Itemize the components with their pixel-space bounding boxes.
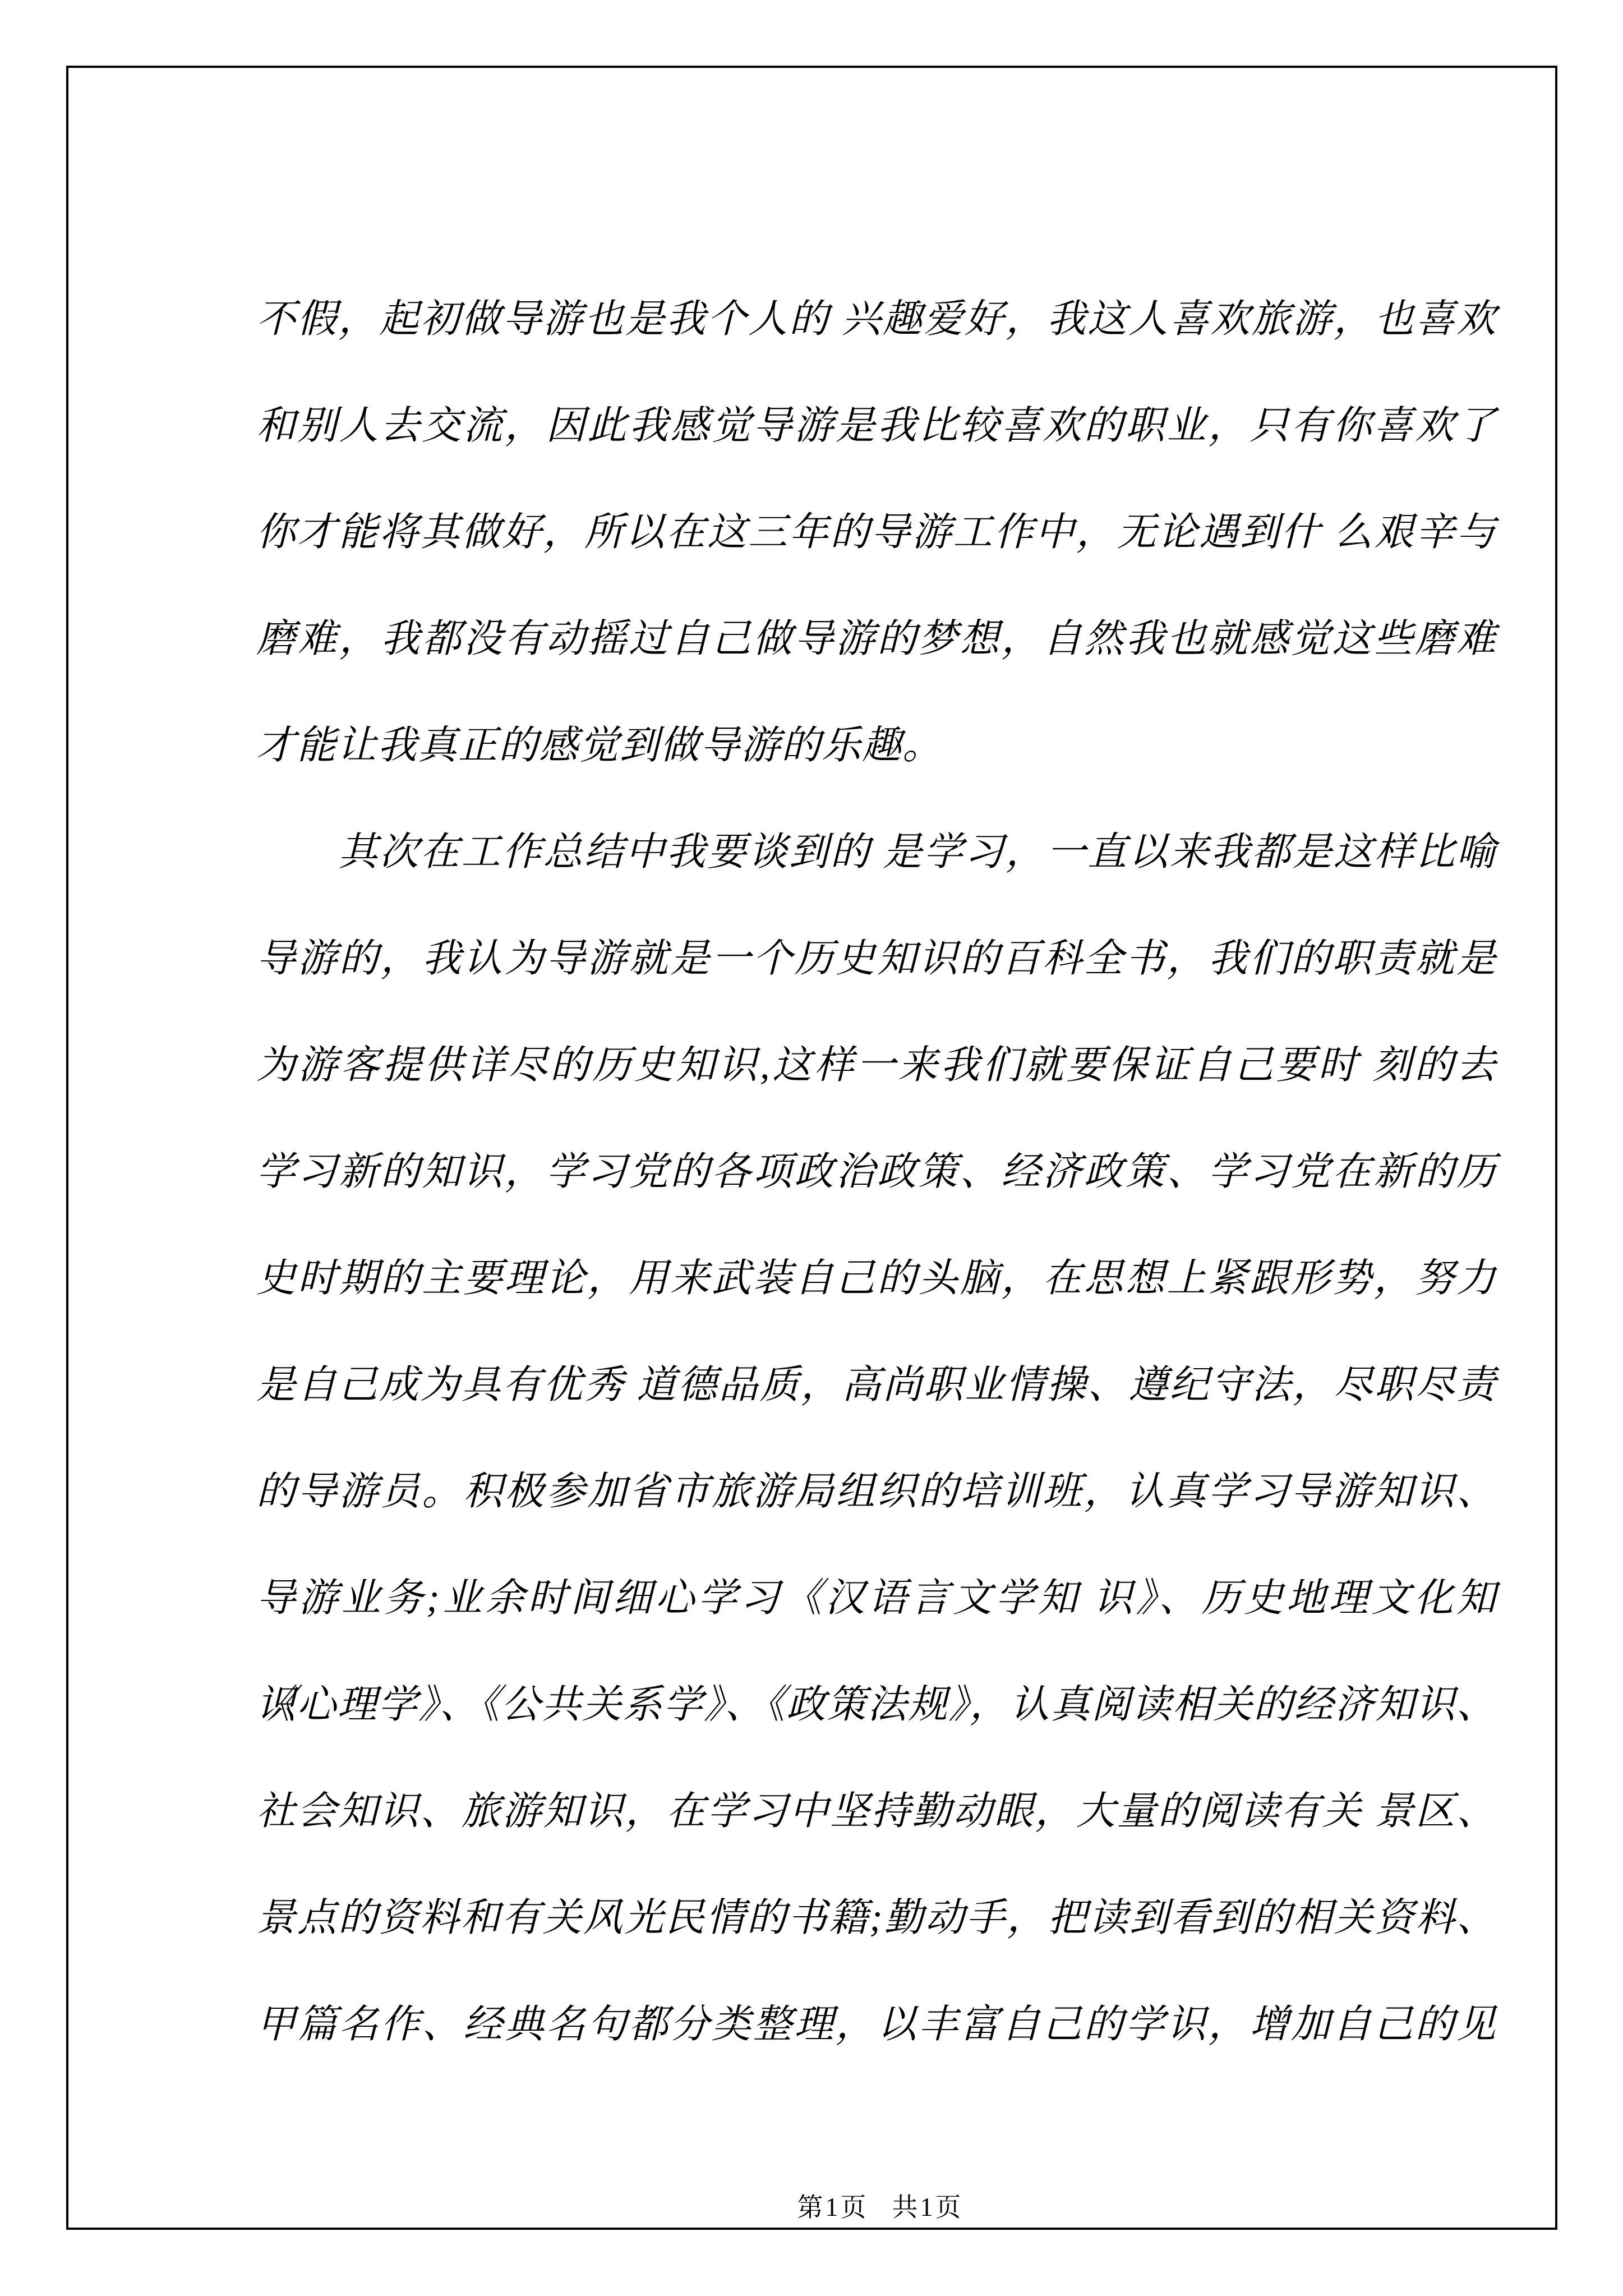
text-line: 导游业务;业余时间细心学习《汉语言文学知 识》、历史地理文化知识、 (256, 1545, 1497, 1652)
text-line: 磨难，我都没有动摇过自己做导游的梦想，自然我也就感觉这些磨难 (256, 586, 1497, 693)
text-line: 导游的，我认为导游就是一个历史知识的百科全书，我们的职责就是 (256, 906, 1497, 1013)
page-border: 不假，起初做导游也是我个人的 兴趣爱好，我这人喜欢旅游，也喜欢和别人去交流，因此… (66, 66, 1557, 2230)
text-line: 学习新的知识，学习党的各项政治政策、经济政策、学习党在新的历 (256, 1119, 1497, 1226)
text-line: 社会知识、旅游知识，在学习中坚持勤动眼，大量的阅读有关 景区、 (256, 1759, 1497, 1865)
document-body: 不假，起初做导游也是我个人的 兴趣爱好，我这人喜欢旅游，也喜欢和别人去交流，因此… (256, 266, 1497, 2078)
text-line: 甲篇名作、经典名句都分类整理，以丰富自己的学识，增加自己的见 (256, 1972, 1497, 2078)
text-line: 《心理学》、《公共关系学》、《政策法规》，认真阅读相关的经济知识、 (256, 1652, 1497, 1759)
text-line: 是自己成为具有优秀 道德品质，高尚职业情操、遵纪守法，尽职尽责 (256, 1332, 1497, 1439)
page-number-current: 第1页 (797, 2193, 869, 2221)
document-page: { "document": { "lines": [ {"text": "不假，… (0, 0, 1623, 2296)
text-line: 才能让我真正的感觉到做导游的乐趣。 (256, 693, 1497, 799)
text-line: 为游客提供详尽的历史知识,这样一来我们就要保证自己要时 刻的去 (256, 1013, 1497, 1119)
text-line: 的导游员。积极参加省市旅游局组织的培训班，认真学习导游知识、 (256, 1439, 1497, 1545)
text-line: 景点的资料和有关风光民情的书籍;勤动手，把读到看到的相关资料、 (256, 1865, 1497, 1972)
page-count-total: 共1页 (892, 2193, 963, 2221)
text-line: 你才能将其做好，所以在这三年的导游工作中，无论遇到什 么艰辛与 (256, 480, 1497, 586)
text-line: 不假，起初做导游也是我个人的 兴趣爱好，我这人喜欢旅游，也喜欢 (256, 266, 1497, 373)
text-line: 史时期的主要理论，用来武装自己的头脑，在思想上紧跟形势，努力 (256, 1226, 1497, 1332)
page-footer: 第1页共1页 (135, 2189, 1623, 2225)
text-line: 其次在工作总结中我要谈到的 是学习，一直以来我都是这样比喻 (256, 799, 1497, 906)
text-line: 和别人去交流，因此我感觉导游是我比较喜欢的职业，只有你喜欢了 (256, 373, 1497, 480)
